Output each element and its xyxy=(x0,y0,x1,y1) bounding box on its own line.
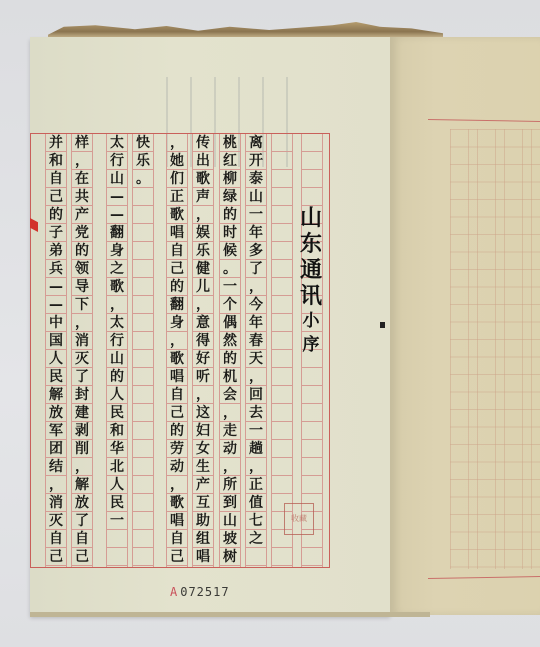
manuscript-char: 行 xyxy=(107,332,127,350)
serial-number: A072517 xyxy=(170,585,230,599)
manuscript-char: 红 xyxy=(220,152,240,170)
manuscript-char: 北 xyxy=(107,458,127,476)
manuscript-char: 动 xyxy=(167,458,187,476)
manuscript-char: 唱 xyxy=(193,548,213,566)
collection-seal: 收藏 xyxy=(284,503,314,535)
manuscript-char: 己 xyxy=(167,404,187,422)
manuscript-char: ， xyxy=(246,278,266,296)
manuscript-char: 身 xyxy=(107,242,127,260)
manuscript-char: 和 xyxy=(107,422,127,440)
manuscript-char: 自 xyxy=(46,170,66,188)
manuscript-char: 己 xyxy=(72,548,92,566)
manuscript-char: 下 xyxy=(72,296,92,314)
manuscript-char: 太 xyxy=(107,134,127,152)
manuscript-char: 了 xyxy=(246,260,266,278)
manuscript-char: 己 xyxy=(46,548,66,566)
manuscript-char: 一 xyxy=(107,512,127,530)
manuscript-char: 结 xyxy=(46,458,66,476)
serial-digits: 072517 xyxy=(180,585,229,599)
manuscript-char: 之 xyxy=(107,260,127,278)
text-column-5: 快乐。 xyxy=(132,134,154,567)
manuscript-char: 去 xyxy=(246,404,266,422)
manuscript-char: 互 xyxy=(193,494,213,512)
manuscript-char: ， xyxy=(167,476,187,494)
manuscript-char: 走 xyxy=(220,422,240,440)
manuscript-char: 自 xyxy=(72,530,92,548)
manuscript-char: 机 xyxy=(220,368,240,386)
manuscript-char: 妇 xyxy=(193,422,213,440)
manuscript-char: 翻 xyxy=(107,224,127,242)
manuscript-char: 兵 xyxy=(46,260,66,278)
manuscript-char: 唱 xyxy=(167,224,187,242)
manuscript-char: 歌 xyxy=(167,206,187,224)
title-char: 小 xyxy=(303,309,320,333)
manuscript-char: 之 xyxy=(246,530,266,548)
manuscript-char: 然 xyxy=(220,332,240,350)
manuscript-char: 春 xyxy=(246,332,266,350)
manuscript-char: 正 xyxy=(167,188,187,206)
manuscript-char: 得 xyxy=(193,332,213,350)
manuscript-char: 行 xyxy=(107,152,127,170)
manuscript-char: 她 xyxy=(167,152,187,170)
manuscript-char: 剥 xyxy=(72,422,92,440)
manuscript-char: 身 xyxy=(167,314,187,332)
manuscript-char: 乐 xyxy=(133,152,153,170)
manuscript-char: 时 xyxy=(220,224,240,242)
manuscript-char: 候 xyxy=(220,242,240,260)
manuscript-char: ， xyxy=(193,386,213,404)
manuscript-char: 共 xyxy=(72,188,92,206)
right-page-bottom-rule xyxy=(428,576,540,579)
manuscript-char: 自 xyxy=(167,386,187,404)
manuscript-char: 产 xyxy=(193,476,213,494)
manuscript-char: 生 xyxy=(193,458,213,476)
manuscript-char: ， xyxy=(72,152,92,170)
title-char: 序 xyxy=(303,333,320,357)
manuscript-char: 所 xyxy=(220,476,240,494)
text-column-4: ，她们正歌唱自己的翻身，歌唱自己的劳动，歌唱自己 xyxy=(166,134,188,567)
manuscript-char: 山 xyxy=(220,512,240,530)
manuscript-char: — xyxy=(107,206,127,224)
manuscript-char: 回 xyxy=(246,386,266,404)
manuscript-char: 好 xyxy=(193,350,213,368)
manuscript-char: 天 xyxy=(246,350,266,368)
manuscript-char: 灭 xyxy=(72,350,92,368)
manuscript-char: — xyxy=(46,296,66,314)
manuscript-char: 在 xyxy=(72,170,92,188)
manuscript-char: 离 xyxy=(246,134,266,152)
manuscript-char: 正 xyxy=(246,476,266,494)
manuscript-char: 中 xyxy=(46,314,66,332)
manuscript-char: 自 xyxy=(167,242,187,260)
manuscript-char: 乐 xyxy=(193,242,213,260)
manuscript-char: 。 xyxy=(220,260,240,278)
manuscript-char: 的 xyxy=(220,350,240,368)
text-column-7: 样，在共产党的领导下，消灭了封建剥削，解放了自己 xyxy=(71,134,93,567)
manuscript-char: 一 xyxy=(246,206,266,224)
manuscript-char: 国 xyxy=(46,332,66,350)
manuscript-char: 坡 xyxy=(220,530,240,548)
manuscript-char: 建 xyxy=(72,404,92,422)
manuscript-char: ， xyxy=(72,458,92,476)
manuscript-char: 自 xyxy=(46,530,66,548)
title-char: 山 xyxy=(300,205,322,231)
manuscript-char: 这 xyxy=(193,404,213,422)
text-column-2: 桃红柳绿的时候。一个偶然的机会，走动，所到山坡树 xyxy=(219,134,241,567)
manuscript-char: 自 xyxy=(167,530,187,548)
manuscript-char: 民 xyxy=(46,368,66,386)
manuscript-char: 的 xyxy=(167,278,187,296)
manuscript-char: 一 xyxy=(220,278,240,296)
manuscript-char: 女 xyxy=(193,440,213,458)
manuscript-char: 个 xyxy=(220,296,240,314)
manuscript-char: ， xyxy=(72,314,92,332)
manuscript-char: 华 xyxy=(107,440,127,458)
manuscript-char: 弟 xyxy=(46,242,66,260)
manuscript-char: 出 xyxy=(193,152,213,170)
manuscript-char: 儿 xyxy=(193,278,213,296)
manuscript-char: 多 xyxy=(246,242,266,260)
manuscript-char: 人 xyxy=(107,476,127,494)
manuscript-char: 一 xyxy=(246,422,266,440)
manuscript-char: ， xyxy=(246,458,266,476)
manuscript-char: 灭 xyxy=(46,512,66,530)
manuscript-char: 军 xyxy=(46,422,66,440)
manuscript-char: 年 xyxy=(246,314,266,332)
manuscript-char: 产 xyxy=(72,206,92,224)
manuscript-char: 人 xyxy=(46,350,66,368)
manuscript-char: 民 xyxy=(107,404,127,422)
manuscript-char: 的 xyxy=(220,206,240,224)
right-page-top-rule xyxy=(428,119,540,122)
manuscript-char: 团 xyxy=(46,440,66,458)
text-column-6: 太行山——翻身之歌，太行山的人民和华北人民一 xyxy=(106,134,128,567)
manuscript-char: ， xyxy=(107,296,127,314)
manuscript-char: 桃 xyxy=(220,134,240,152)
manuscript-char: 子 xyxy=(46,224,66,242)
manuscript-char: 和 xyxy=(46,152,66,170)
manuscript-char: 翻 xyxy=(167,296,187,314)
manuscript-char: 绿 xyxy=(220,188,240,206)
manuscript-char: 柳 xyxy=(220,170,240,188)
manuscript-char: 歌 xyxy=(167,494,187,512)
manuscript-char: 民 xyxy=(107,494,127,512)
manuscript-char: — xyxy=(46,278,66,296)
manuscript-char: 助 xyxy=(193,512,213,530)
text-column-1: 离开泰山一年多了，今年春天，回去一趟，正值七之 xyxy=(245,134,267,567)
text-column-8: 并和自己的子弟兵——中国人民解放军团结，消灭自己 xyxy=(45,134,67,567)
title-char: 东 xyxy=(300,231,322,257)
manuscript-char: 领 xyxy=(72,260,92,278)
title-char: 讯 xyxy=(300,283,322,309)
page-stack-edge xyxy=(30,612,430,617)
manuscript-char: 们 xyxy=(167,170,187,188)
manuscript-char: 了 xyxy=(72,512,92,530)
manuscript-char: 唱 xyxy=(167,512,187,530)
manuscript-char: ， xyxy=(193,296,213,314)
title-char: 通 xyxy=(300,257,322,283)
manuscript-char: 动 xyxy=(220,440,240,458)
manuscript-char: 放 xyxy=(72,494,92,512)
manuscript-char: 并 xyxy=(46,134,66,152)
manuscript-char: 娱 xyxy=(193,224,213,242)
serial-prefix: A xyxy=(170,585,178,599)
manuscript-char: 偶 xyxy=(220,314,240,332)
manuscript-title: 山 东 通 讯 小 序 xyxy=(295,205,327,357)
manuscript-char: 今 xyxy=(246,296,266,314)
manuscript-char: ， xyxy=(167,134,187,152)
text-column-3: 传出歌声，娱乐健儿，意得好听，这妇女生产互助组唱 xyxy=(192,134,214,567)
manuscript-char: 唱 xyxy=(167,368,187,386)
manuscript-char: ， xyxy=(167,332,187,350)
manuscript-char: 趟 xyxy=(246,440,266,458)
torn-page-edges xyxy=(48,22,443,38)
manuscript-char: ， xyxy=(193,206,213,224)
manuscript-char: 会 xyxy=(220,386,240,404)
manuscript-char: 听 xyxy=(193,368,213,386)
manuscript-char: 歌 xyxy=(193,170,213,188)
manuscript-char: 传 xyxy=(193,134,213,152)
manuscript-char: 意 xyxy=(193,314,213,332)
manuscript-char: ， xyxy=(220,458,240,476)
manuscript-char: ， xyxy=(246,368,266,386)
manuscript-char: 山 xyxy=(107,350,127,368)
manuscript-char: 组 xyxy=(193,530,213,548)
manuscript-char: 值 xyxy=(246,494,266,512)
manuscript-char: 消 xyxy=(72,332,92,350)
manuscript-char: 己 xyxy=(46,188,66,206)
manuscript-char: 快 xyxy=(133,134,153,152)
manuscript-char: 年 xyxy=(246,224,266,242)
manuscript-char: 声 xyxy=(193,188,213,206)
manuscript-char: 太 xyxy=(107,314,127,332)
manuscript-char: 人 xyxy=(107,386,127,404)
manuscript-char: 党 xyxy=(72,224,92,242)
manuscript-char: 开 xyxy=(246,152,266,170)
manuscript-char: 的 xyxy=(72,242,92,260)
manuscript-char: 山 xyxy=(107,170,127,188)
manuscript-char: 劳 xyxy=(167,440,187,458)
manuscript-char: 导 xyxy=(72,278,92,296)
manuscript-char: 样 xyxy=(72,134,92,152)
manuscript-char: 的 xyxy=(167,422,187,440)
manuscript-char: 树 xyxy=(220,548,240,566)
manuscript-char: 的 xyxy=(107,368,127,386)
manuscript-char: 消 xyxy=(46,494,66,512)
manuscript-char: 。 xyxy=(133,170,153,188)
manuscript-char: 封 xyxy=(72,386,92,404)
manuscript-char: 放 xyxy=(46,404,66,422)
right-blank-grid-page xyxy=(390,37,540,615)
right-page-grid xyxy=(450,129,540,569)
manuscript-char: 己 xyxy=(167,260,187,278)
manuscript-char: 歌 xyxy=(107,278,127,296)
manuscript-char: — xyxy=(107,188,127,206)
manuscript-char: 削 xyxy=(72,440,92,458)
manuscript-char: 歌 xyxy=(167,350,187,368)
ink-spot xyxy=(380,322,385,328)
manuscript-char: 山 xyxy=(246,188,266,206)
manuscript-char: 了 xyxy=(72,368,92,386)
manuscript-char: 七 xyxy=(246,512,266,530)
manuscript-char: 健 xyxy=(193,260,213,278)
manuscript-char: 泰 xyxy=(246,170,266,188)
manuscript-char: 到 xyxy=(220,494,240,512)
manuscript-char: ， xyxy=(46,476,66,494)
manuscript-char: ， xyxy=(220,404,240,422)
manuscript-char: 的 xyxy=(46,206,66,224)
manuscript-char: 解 xyxy=(46,386,66,404)
manuscript-char: 解 xyxy=(72,476,92,494)
manuscript-char: 己 xyxy=(167,548,187,566)
